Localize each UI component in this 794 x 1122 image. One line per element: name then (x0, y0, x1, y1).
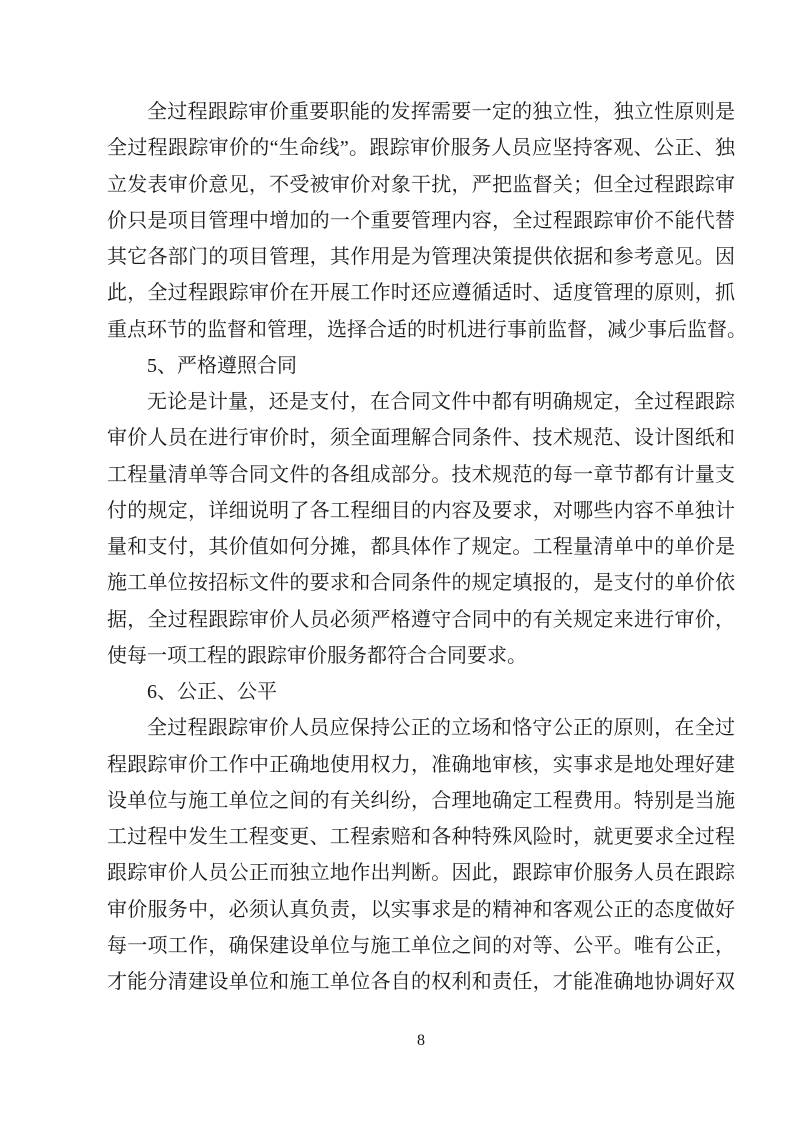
paragraph-line: 立发表审价意见，不受被审价对象干扰，严把监督关；但全过程跟踪审 (107, 167, 735, 203)
page-number: 8 (107, 1031, 735, 1051)
paragraph-line: 全过程跟踪审价重要职能的发挥需要一定的独立性，独立性原则是 (107, 94, 735, 130)
paragraph-line: 程跟踪审价工作中正确地使用权力，准确地审核，实事求是地处理好建 (107, 747, 735, 783)
paragraph-line: 据，全过程跟踪审价人员必须严格遵守合同中的有关规定来进行审价， (107, 602, 735, 638)
paragraph-line: 工过程中发生工程变更、工程索赔和各种特殊风险时，就更要求全过程 (107, 819, 735, 855)
section-heading: 5、严格遵照合同 (107, 348, 735, 384)
paragraph-line: 付的规定，详细说明了各工程细目的内容及要求，对哪些内容不单独计 (107, 493, 735, 529)
paragraph-line: 全过程跟踪审价的“生命线”。跟踪审价服务人员应坚持客观、公正、独 (107, 130, 735, 166)
paragraph-line: 审价服务中，必须认真负责，以实事求是的精神和客观公正的态度做好 (107, 892, 735, 928)
paragraph-line: 价只是项目管理中增加的一个重要管理内容，全过程跟踪审价不能代替 (107, 203, 735, 239)
document-body: 全过程跟踪审价重要职能的发挥需要一定的独立性，独立性原则是全过程跟踪审价的“生命… (107, 94, 735, 1000)
paragraph-line: 施工单位按招标文件的要求和合同条件的规定填报的，是支付的单价依 (107, 565, 735, 601)
paragraph-line: 其它各部门的项目管理，其作用是为管理决策提供依据和参考意见。因 (107, 239, 735, 275)
paragraph-line: 审价人员在进行审价时，须全面理解合同条件、技术规范、设计图纸和 (107, 420, 735, 456)
paragraph-line: 才能分清建设单位和施工单位各自的权利和责任，才能准确地协调好双 (107, 964, 735, 1000)
paragraph-line: 全过程跟踪审价人员应保持公正的立场和恪守公正的原则，在全过 (107, 710, 735, 746)
document-page: 全过程跟踪审价重要职能的发挥需要一定的独立性，独立性原则是全过程跟踪审价的“生命… (0, 0, 794, 1122)
paragraph-line: 此，全过程跟踪审价在开展工作时还应遵循适时、适度管理的原则，抓 (107, 275, 735, 311)
paragraph-line: 每一项工作，确保建设单位与施工单位之间的对等、公平。唯有公正， (107, 928, 735, 964)
paragraph-line: 跟踪审价人员公正而独立地作出判断。因此，跟踪审价服务人员在跟踪 (107, 855, 735, 891)
paragraph-line: 量和支付，其价值如何分摊，都具体作了规定。工程量清单中的单价是 (107, 529, 735, 565)
paragraph-line: 重点环节的监督和管理，选择合适的时机进行事前监督，减少事后监督。 (107, 312, 735, 348)
paragraph-line: 设单位与施工单位之间的有关纠纷，合理地确定工程费用。特别是当施 (107, 783, 735, 819)
paragraph-line: 无论是计量，还是支付，在合同文件中都有明确规定，全过程跟踪 (107, 384, 735, 420)
paragraph-line: 使每一项工程的跟踪审价服务都符合合同要求。 (107, 638, 735, 674)
section-heading: 6、公正、公平 (107, 674, 735, 710)
paragraph-line: 工程量清单等合同文件的各组成部分。技术规范的每一章节都有计量支 (107, 457, 735, 493)
